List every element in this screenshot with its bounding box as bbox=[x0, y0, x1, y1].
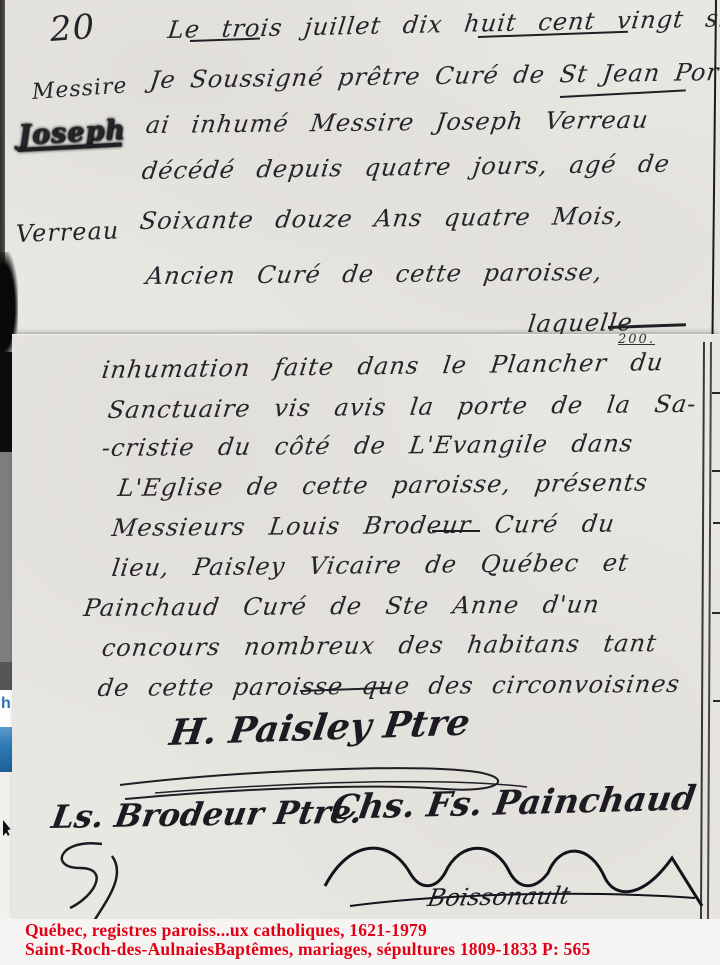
facing-page-mark bbox=[712, 612, 720, 614]
entry-number: 20 bbox=[49, 7, 97, 50]
record-line: Messieurs Louis Brodeur Curé du bbox=[110, 510, 617, 542]
facing-page-mark bbox=[713, 700, 720, 702]
dash-stroke bbox=[432, 530, 480, 532]
record-line: -cristie du côté de L'Evangile dans bbox=[100, 429, 635, 462]
page-background-sliver-darkgray bbox=[0, 662, 12, 690]
page-background-sliver-light bbox=[0, 772, 12, 920]
signature-brodeur: Ls. Brodeur Ptre. bbox=[49, 793, 365, 836]
margin-name-last: Verreau bbox=[16, 216, 120, 248]
register-page-number: 200. bbox=[618, 332, 655, 347]
signature-paraph bbox=[40, 838, 140, 918]
record-line: Ancien Curé de cette paroisse, bbox=[144, 258, 604, 290]
record-line: Painchaud Curé de Ste Anne d'un bbox=[82, 590, 602, 622]
record-line: concours nombreux des habitans tant bbox=[100, 629, 659, 662]
record-line: lieu, Paisley Vicaire de Québec et bbox=[110, 549, 630, 582]
facing-page-mark bbox=[712, 392, 720, 394]
page-background-sliver-gray bbox=[0, 452, 12, 662]
record-image-viewer[interactable]: h 20 Messire Joseph Verreau Le trois jui… bbox=[0, 0, 720, 965]
page-background-sliver-black bbox=[0, 348, 12, 452]
caption-record-source: Saint-Roch-des-AulnaiesBaptêmes, mariage… bbox=[25, 940, 720, 959]
facing-page-mark bbox=[712, 470, 720, 472]
record-line: ai inhumé Messire Joseph Verreau bbox=[144, 106, 650, 139]
record-line: Soixante douze Ans quatre Mois, bbox=[138, 202, 626, 235]
hyperlink-fragment[interactable]: h bbox=[1, 695, 12, 713]
sidebar-button-sliver[interactable] bbox=[0, 727, 12, 772]
catalog-caption: Québec, registres paroiss...ux catholiqu… bbox=[0, 919, 720, 965]
caption-collection-title: Québec, registres paroiss...ux catholiqu… bbox=[25, 921, 720, 940]
record-line: L'Eglise de cette paroisse, présents bbox=[116, 468, 650, 502]
facing-page-mark bbox=[713, 522, 720, 524]
signature-boissonault: Boissonault bbox=[425, 882, 572, 912]
